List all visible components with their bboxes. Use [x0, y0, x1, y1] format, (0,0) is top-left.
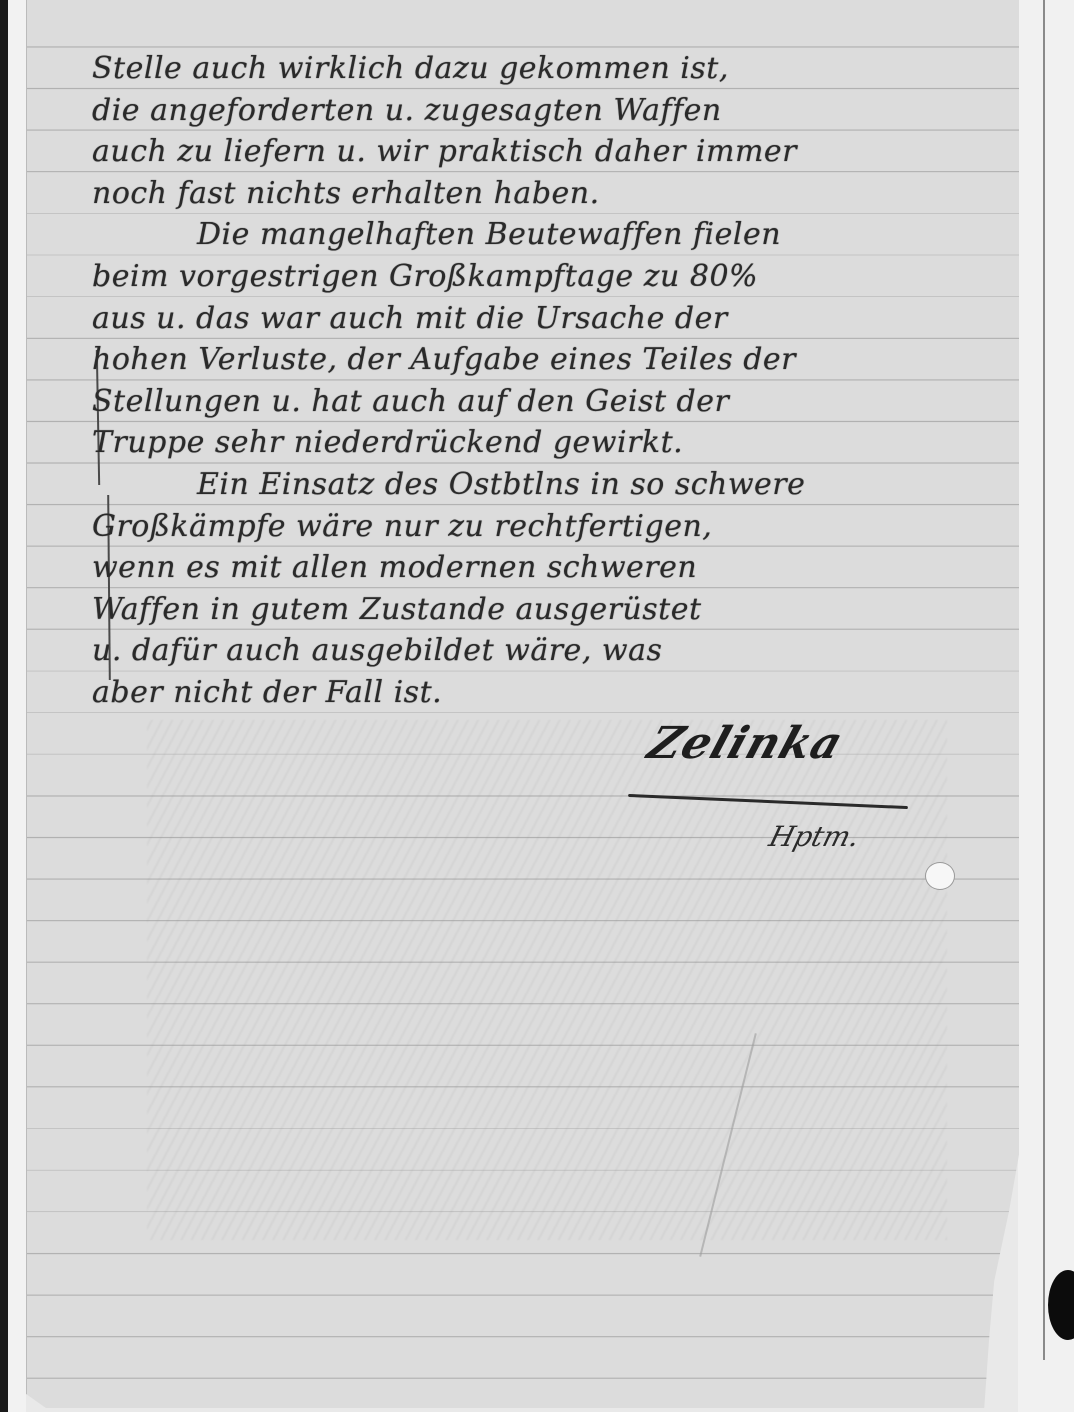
text-line: die angeforderten u. zugesagten Waffen: [92, 90, 992, 132]
punch-hole: [925, 862, 955, 890]
text-line: Waffen in gutem Zustande ausgerüstet: [92, 589, 992, 631]
signature-rank: Hptm.: [766, 820, 864, 853]
text-line: Stellungen u. hat auch auf den Geist der: [92, 381, 992, 423]
text-line: auch zu liefern u. wir praktisch daher i…: [92, 131, 992, 173]
scan-left-strip: [8, 0, 26, 1412]
text-line: Truppe sehr niederdrückend gewirkt.: [92, 422, 992, 464]
text-line: noch fast nichts erhalten haben.: [92, 173, 992, 215]
text-line: aber nicht der Fall ist.: [92, 672, 992, 714]
scan-right-strip: [1018, 0, 1074, 1412]
text-line: beim vorgestrigen Großkampftage zu 80%: [92, 256, 992, 298]
text-line: Stelle auch wirklich dazu gekommen ist,: [92, 48, 992, 90]
letter-body: Stelle auch wirklich dazu gekommen ist, …: [92, 48, 992, 714]
text-line: Großkämpfe wäre nur zu rechtfertigen,: [92, 506, 992, 548]
bleed-through-text: [147, 720, 947, 1240]
text-line: wenn es mit allen modernen schweren: [92, 547, 992, 589]
signature: Zelinka: [642, 718, 850, 769]
text-line: u. dafür auch ausgebildet wäre, was: [92, 630, 992, 672]
text-line: aus u. das war auch mit die Ursache der: [92, 298, 992, 340]
scan-right-rule: [1043, 0, 1045, 1360]
text-line: hohen Verluste, der Aufgabe eines Teiles…: [92, 339, 992, 381]
text-line: Die mangelhaften Beutewaffen fielen: [92, 214, 992, 256]
scan-left-border: [0, 0, 8, 1412]
text-line: Ein Einsatz des Ostbtlns in so schwere: [92, 464, 992, 506]
scanned-document: Stelle auch wirklich dazu gekommen ist, …: [0, 0, 1074, 1412]
